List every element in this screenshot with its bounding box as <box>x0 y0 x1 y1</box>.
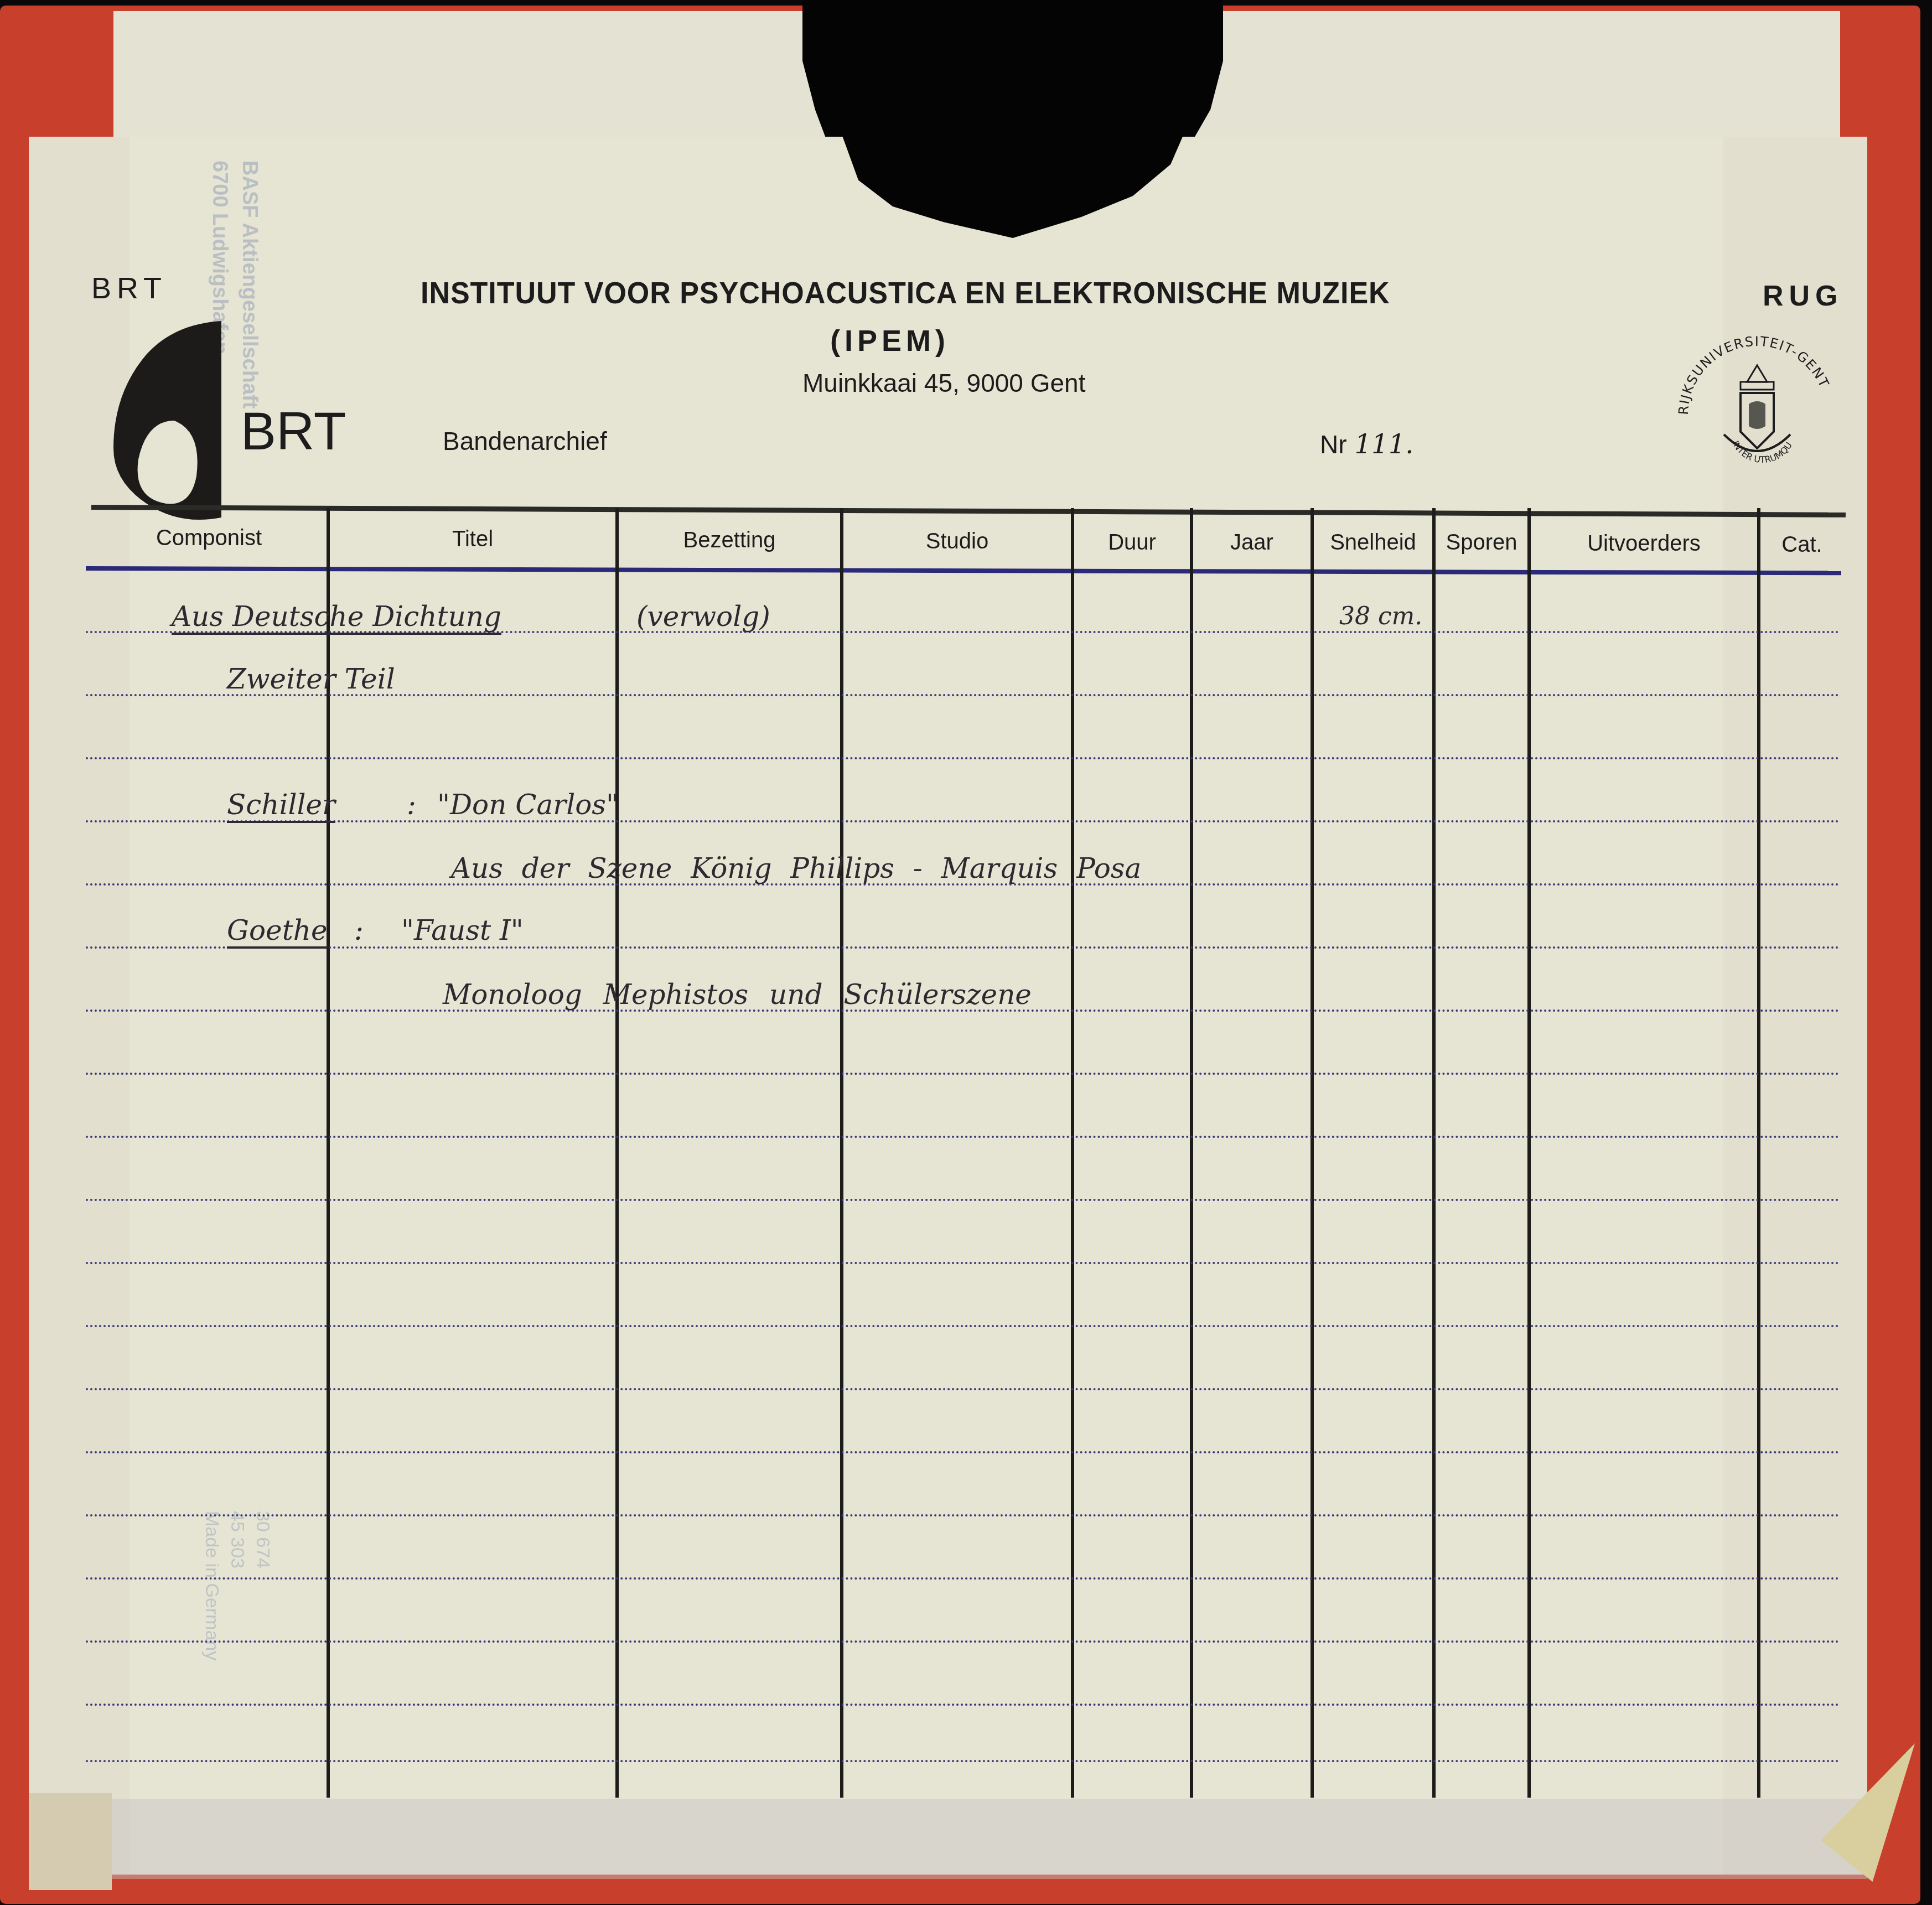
ruled-line <box>86 1073 1840 1075</box>
ruled-line <box>86 1136 1840 1138</box>
brt-logo-icon <box>113 321 224 520</box>
number-value: 111. <box>1355 429 1414 460</box>
brt-logo-text: BRT <box>241 401 346 462</box>
adhesive-tape-remnant <box>29 1793 112 1890</box>
entry-part: Zweiter Teil <box>227 663 395 695</box>
ruled-line <box>86 1388 1840 1390</box>
ruled-line <box>86 1514 1840 1516</box>
entry-separator: : <box>354 914 364 946</box>
column-header-duur: Duur <box>1074 530 1190 555</box>
ruled-line <box>86 1640 1840 1643</box>
brt-label: BRT <box>91 271 167 306</box>
ruled-line <box>86 1760 1840 1762</box>
product-line-1: 30 674 <box>252 1511 273 1568</box>
column-header-studio: Studio <box>843 529 1071 554</box>
column-header-sporen: Sporen <box>1436 530 1527 555</box>
ruled-line <box>86 1199 1840 1201</box>
column-divider <box>1527 508 1531 1798</box>
entry-title-faust: "Faust I" <box>401 914 524 946</box>
column-header-jaar: Jaar <box>1193 530 1311 555</box>
column-divider <box>840 508 843 1798</box>
column-header-componist: Componist <box>91 526 327 551</box>
column-divider <box>1757 508 1760 1798</box>
product-watermark: 30 674 45 303 Made in Germany <box>199 1511 276 1660</box>
entry-composer-schiller: Schiller <box>227 789 335 821</box>
product-line-2: 45 303 <box>227 1511 248 1568</box>
column-header-bezetting: Bezetting <box>619 528 840 553</box>
basf-line-1: BASF Aktiengesellschaft <box>238 161 261 408</box>
entry-composer-goethe: Goethe <box>227 914 328 946</box>
institute-address: Muinkkaai 45, 9000 Gent <box>802 368 1085 398</box>
institute-abbreviation: (IPEM) <box>830 324 950 358</box>
column-divider <box>615 508 619 1798</box>
university-seal-icon: RIJKSUNIVERSITEIT-GENT INTER UTRUMQUE <box>1671 332 1843 476</box>
archive-label: Bandenarchief <box>443 426 607 456</box>
column-header-snelheid: Snelheid <box>1314 530 1432 555</box>
rug-label: RUG <box>1763 279 1843 313</box>
institute-title: INSTITUUT VOOR PSYCHOACUSTICA EN ELEKTRO… <box>421 275 1390 310</box>
ruled-line <box>86 1704 1840 1706</box>
ruled-line <box>86 757 1840 759</box>
sheet-bottom-shade <box>29 1799 1867 1879</box>
ruled-line <box>86 1325 1840 1327</box>
ruled-line <box>86 1262 1840 1264</box>
column-divider <box>1071 508 1074 1798</box>
entry-bezetting: (verwolg) <box>636 601 770 633</box>
column-header-cat: Cat. <box>1760 532 1843 557</box>
column-divider <box>1311 508 1314 1798</box>
column-header-titel: Titel <box>330 527 615 552</box>
column-divider <box>327 508 330 1798</box>
number-label: Nr <box>1320 430 1347 459</box>
entry-title-don-carlos: "Don Carlos" <box>437 789 619 821</box>
entry-separator: : <box>407 789 416 821</box>
entry-collection-title: Aus Deutsche Dichtung <box>172 601 501 633</box>
entry-snelheid: 38 cm. <box>1339 602 1422 630</box>
column-divider <box>1432 508 1436 1798</box>
entry-monologue-description: Monoloog Mephistos und Schülerszene <box>443 979 1032 1011</box>
ruled-line <box>86 820 1840 822</box>
column-header-uitvoerders: Uitvoerders <box>1531 531 1757 556</box>
tape-number: Nr111. <box>1320 429 1413 460</box>
product-line-3: Made in Germany <box>201 1511 222 1660</box>
column-divider <box>1190 508 1193 1798</box>
entry-scene-description: Aus der Szene König Phillips - Marquis P… <box>451 852 1141 884</box>
ruled-line <box>86 1577 1840 1580</box>
ruled-line <box>86 1451 1840 1453</box>
ruled-line <box>86 946 1840 949</box>
